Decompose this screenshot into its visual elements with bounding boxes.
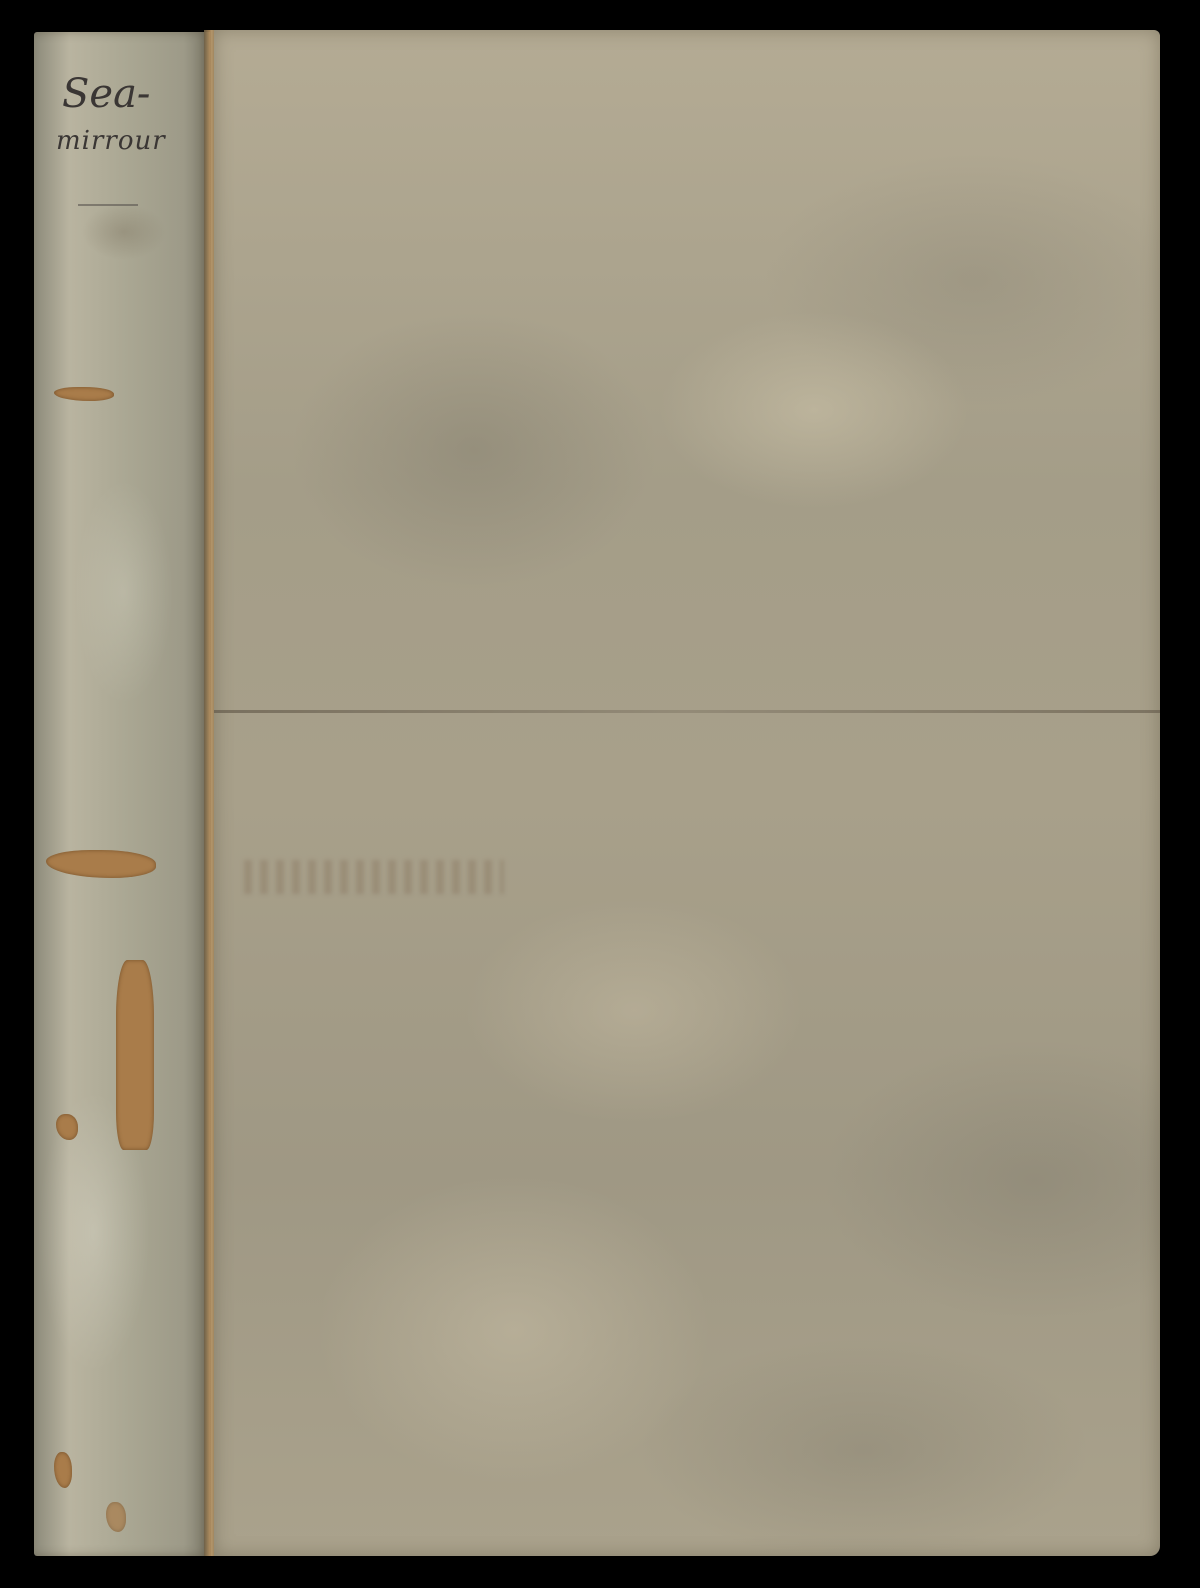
spine-tear [106,1502,126,1532]
faint-show-through-text [244,860,504,894]
spine-tear [116,960,154,1150]
spine-tear [46,850,156,878]
spine-rule [78,204,138,206]
spine-title-line-2: mirrour [56,126,166,156]
spine-tear [54,1452,72,1488]
spine-handwritten-title: Sea- mirrour [56,72,166,156]
spine-title-line-1: Sea- [62,72,166,116]
front-cover [214,30,1160,1556]
book: Sea- mirrour [34,30,1162,1560]
cover-fold-line [214,710,1160,713]
spine-tear [54,387,114,401]
book-spine: Sea- mirrour [34,32,210,1556]
spine-tear [56,1114,78,1140]
